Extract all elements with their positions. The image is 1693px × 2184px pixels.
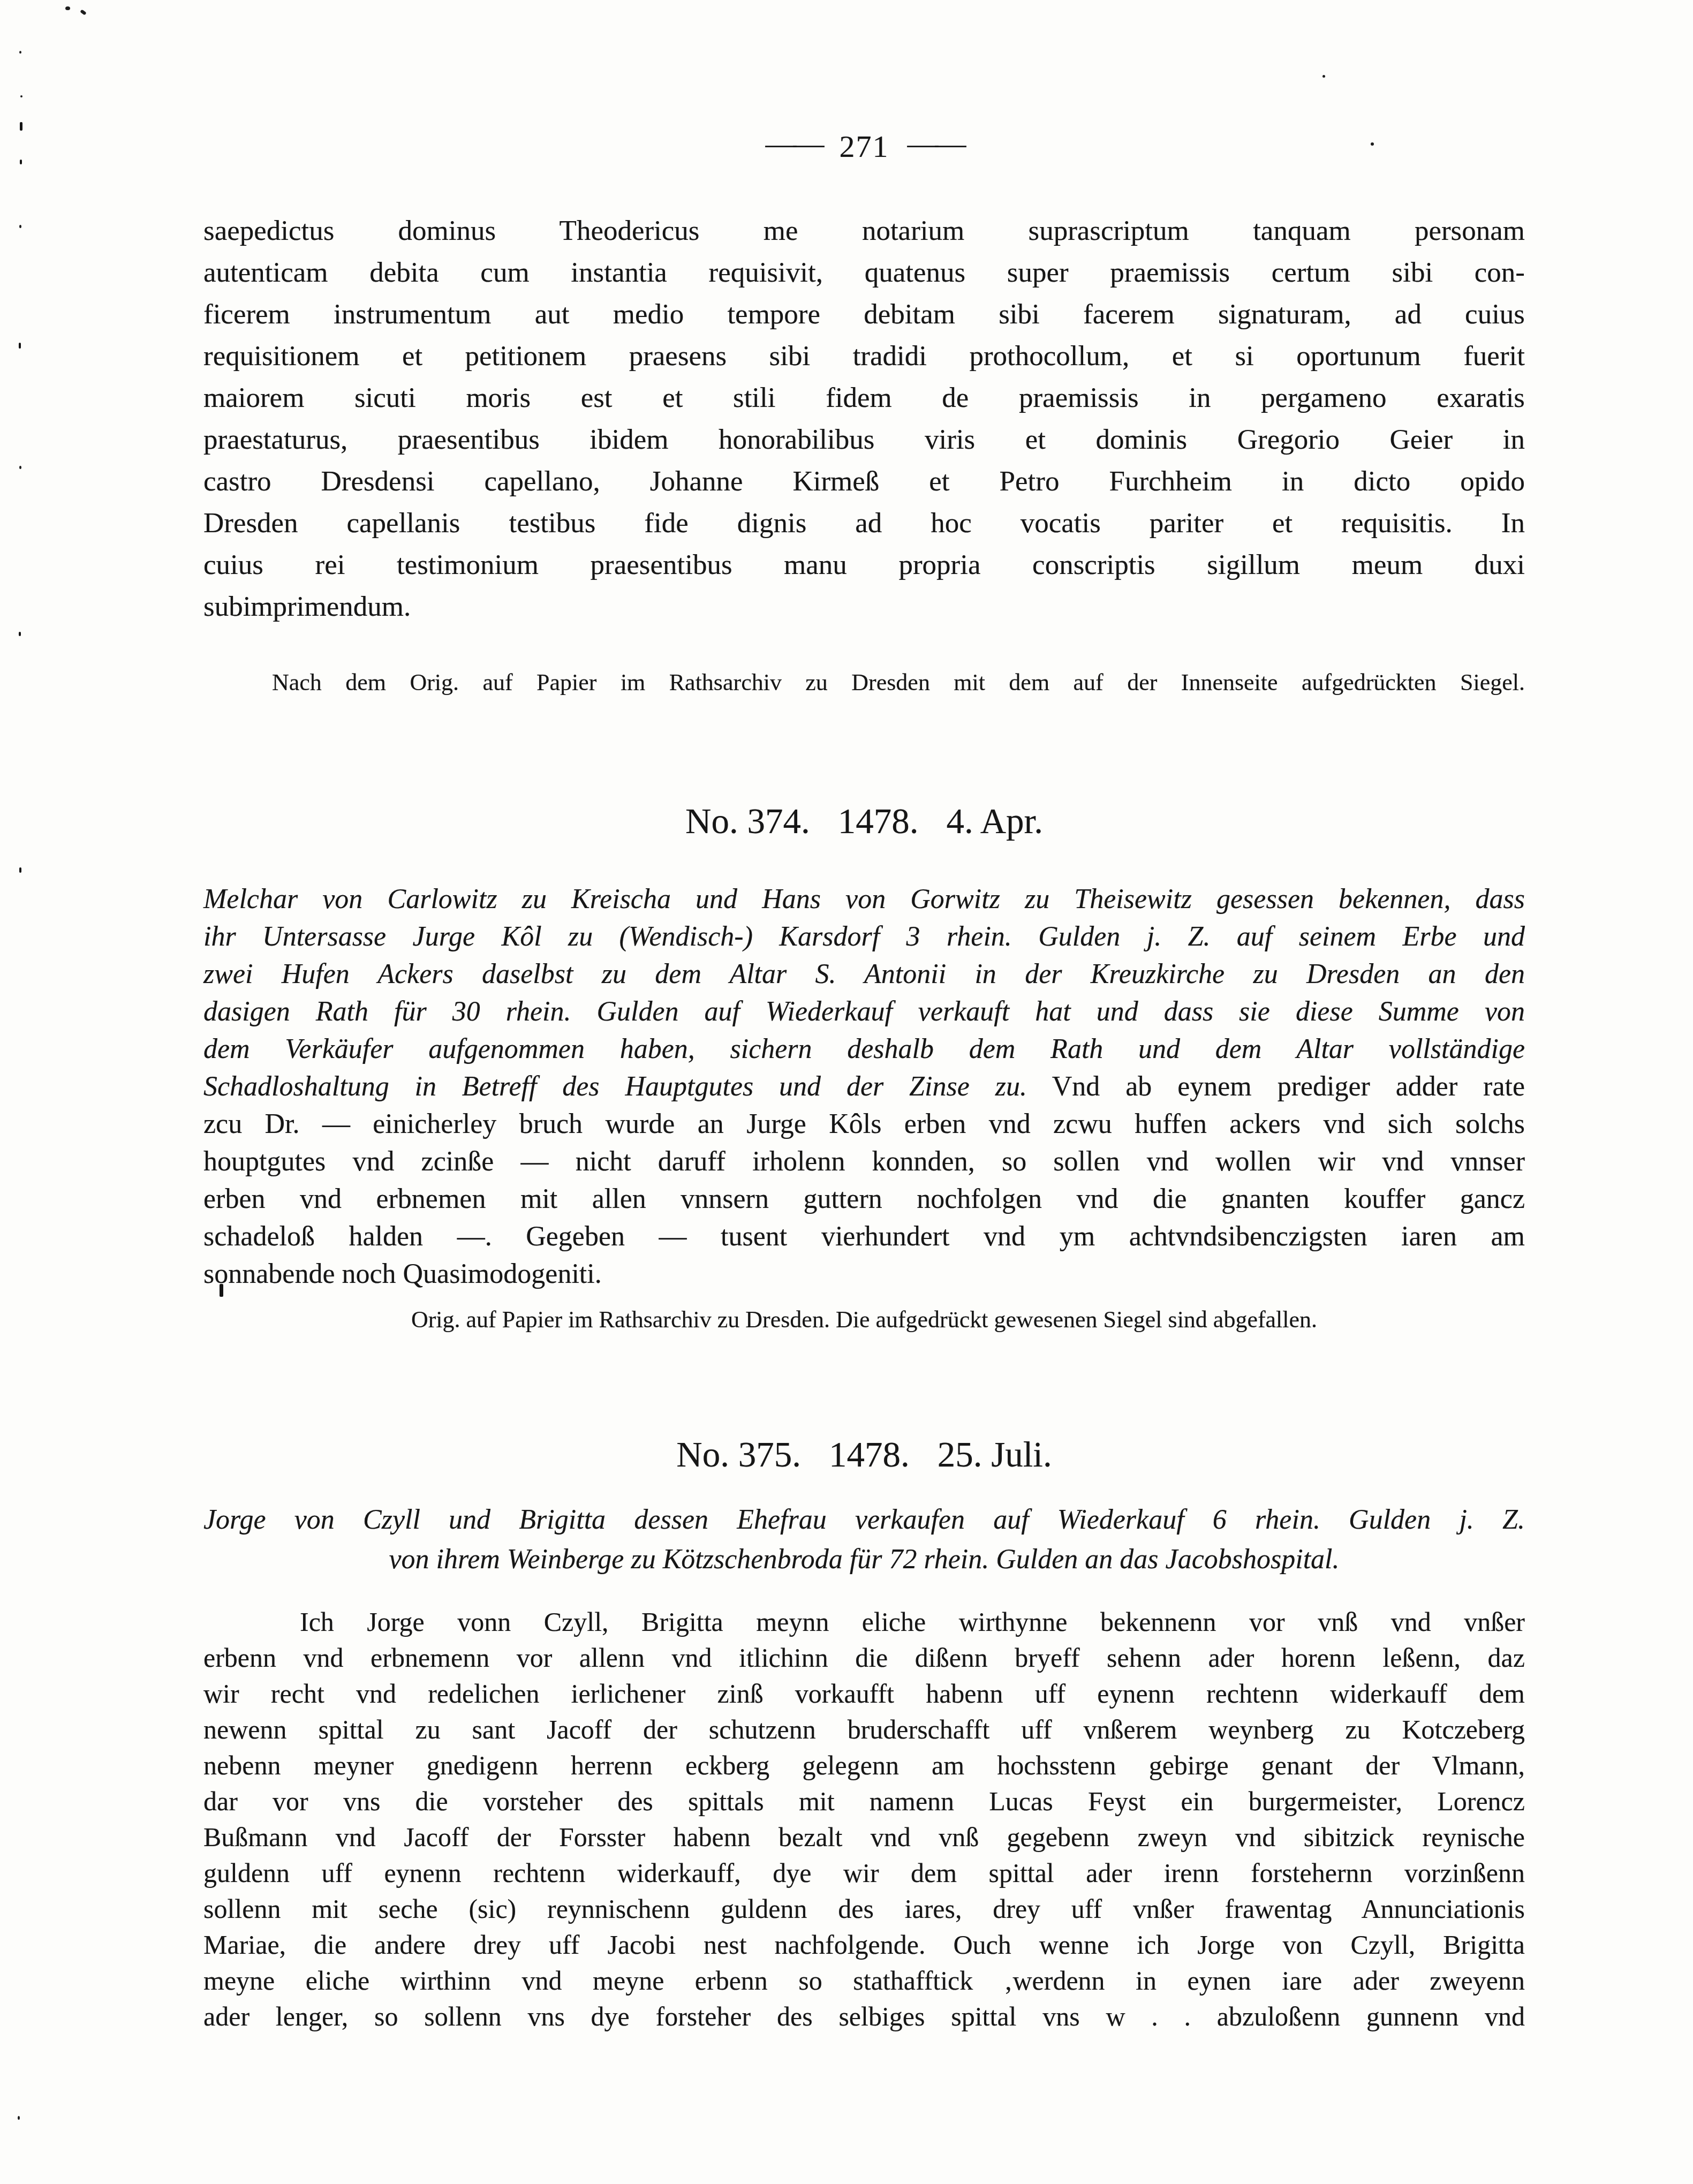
text-line: Nach dem Orig. auf Papier im Rathsarchiv… bbox=[203, 668, 1525, 698]
entry-374-heading: No. 374.1478.4. Apr. bbox=[203, 800, 1525, 842]
text-segment: nebenn meyner gnedigenn herrenn eckberg … bbox=[203, 1750, 1525, 1780]
text-line: ihr Untersasse Jurge Kôl zu (Wendisch-) … bbox=[203, 918, 1525, 956]
text-line: Bußmann vnd Jacoff der Forsster habenn b… bbox=[203, 1819, 1525, 1855]
text-segment: ihr Untersasse Jurge Kôl zu (Wendisch-) … bbox=[203, 921, 1525, 952]
text-line: Schadloshaltung in Betreff des Hauptgute… bbox=[203, 1068, 1525, 1106]
text-line: von ihrem Weinberge zu Kötzschenbroda fü… bbox=[203, 1540, 1525, 1580]
text-segment: ficerem instrumentum aut medio tempore d… bbox=[203, 299, 1525, 330]
text-segment: Vnd ab eynem prediger adder rate bbox=[1027, 1071, 1525, 1102]
text-segment: Melchar von Carlowitz zu Kreischa und Ha… bbox=[203, 884, 1525, 915]
source-note-previous-entry: Nach dem Orig. auf Papier im Rathsarchiv… bbox=[203, 668, 1525, 698]
text-segment: saepedictus dominus Theodericus me notar… bbox=[203, 215, 1525, 246]
entry-375-year: 1478. bbox=[829, 1435, 910, 1475]
scan-speck bbox=[20, 160, 22, 164]
text-line: zwei Hufen Ackers daselbst zu dem Altar … bbox=[203, 956, 1525, 993]
text-line: Ich Jorge vonn Czyll, Brigitta meynn eli… bbox=[203, 1604, 1525, 1640]
text-line: erbenn vnd erbnemenn vor allenn vnd itli… bbox=[203, 1640, 1525, 1676]
scan-speck bbox=[1371, 142, 1374, 146]
text-line: requisitionem et petitionem praesens sib… bbox=[203, 335, 1525, 377]
entry-374-year: 1478. bbox=[838, 802, 919, 841]
entry-374-number: No. 374. bbox=[685, 802, 810, 841]
text-segment: zwei Hufen Ackers daselbst zu dem Altar … bbox=[203, 959, 1525, 989]
text-segment: Orig. auf Papier im Rathsarchiv zu Dresd… bbox=[411, 1306, 1317, 1333]
text-line: schadeloß halden —. Gegeben — tusent vie… bbox=[203, 1218, 1525, 1256]
stray-type-mark bbox=[220, 1284, 223, 1297]
text-segment: subimprimendum. bbox=[203, 591, 411, 622]
text-segment: Jorge von Czyll und Brigitta dessen Ehef… bbox=[203, 1505, 1525, 1535]
text-segment: guldenn uff eynenn rechtenn widerkauff, … bbox=[203, 1858, 1525, 1888]
text-segment: Dresden capellanis testibus fide dignis … bbox=[203, 508, 1525, 539]
text-segment: castro Dresdensi capellano, Johanne Kirm… bbox=[203, 466, 1525, 497]
entry-375-heading: No. 375.1478.25. Juli. bbox=[203, 1434, 1525, 1476]
page-number: ——271—— bbox=[203, 129, 1525, 164]
text-line: nebenn meyner gnedigenn herrenn eckberg … bbox=[203, 1748, 1525, 1784]
text-segment: cuius rei testimonium praesentibus manu … bbox=[203, 549, 1525, 580]
scanned-book-page: ——271—— saepedictus dominus Theodericus … bbox=[0, 0, 1693, 2184]
text-segment: erben vnd erbnemen mit allen vnnsern gut… bbox=[203, 1184, 1525, 1214]
text-segment: newenn spittal zu sant Jacoff der schutz… bbox=[203, 1714, 1525, 1744]
text-line: meyne eliche wirthinn vnd meyne erbenn s… bbox=[203, 1963, 1525, 1999]
text-line: praestaturus, praesentibus ibidem honora… bbox=[203, 419, 1525, 460]
entry-374-source-note: Orig. auf Papier im Rathsarchiv zu Dresd… bbox=[203, 1305, 1525, 1335]
text-line: erben vnd erbnemen mit allen vnnsern gut… bbox=[203, 1181, 1525, 1218]
text-segment: autenticam debita cum instantia requisiv… bbox=[203, 257, 1525, 288]
text-segment: erbenn vnd erbnemenn vor allenn vnd itli… bbox=[203, 1643, 1525, 1673]
text-line: sonnabende noch Quasimodogeniti. bbox=[203, 1256, 1525, 1293]
text-segment: sonnabende noch Quasimodogeniti. bbox=[203, 1259, 602, 1289]
scan-speck bbox=[19, 632, 21, 636]
page-number-value: 271 bbox=[840, 129, 889, 164]
text-segment: requisitionem et petitionem praesens sib… bbox=[203, 341, 1525, 372]
text-line: houptgutes vnd zcinße — nicht daruff irh… bbox=[203, 1143, 1525, 1181]
text-segment: dem Verkäufer aufgenommen haben, sichern… bbox=[203, 1034, 1525, 1064]
text-line: ficerem instrumentum aut medio tempore d… bbox=[203, 293, 1525, 335]
text-segment: schadeloß halden —. Gegeben — tusent vie… bbox=[203, 1221, 1525, 1252]
page-number-rule-right: —— bbox=[908, 126, 963, 161]
scan-speck bbox=[1322, 75, 1325, 78]
text-line: wir recht vnd redelichen ierlichener zin… bbox=[203, 1676, 1525, 1712]
text-line: subimprimendum. bbox=[203, 586, 1525, 628]
text-segment: Bußmann vnd Jacoff der Forsster habenn b… bbox=[203, 1822, 1525, 1852]
entry-374-paragraph: Melchar von Carlowitz zu Kreischa und Ha… bbox=[203, 881, 1525, 1293]
entry-374-date: 4. Apr. bbox=[946, 802, 1043, 841]
text-line: Orig. auf Papier im Rathsarchiv zu Dresd… bbox=[203, 1305, 1525, 1335]
text-segment: von ihrem Weinberge zu Kötzschenbroda fü… bbox=[389, 1544, 1339, 1575]
text-segment: Mariae, die andere drey uff Jacobi nest … bbox=[203, 1930, 1525, 1960]
text-line: autenticam debita cum instantia requisiv… bbox=[203, 252, 1525, 293]
text-segment: wir recht vnd redelichen ierlichener zin… bbox=[203, 1679, 1525, 1709]
scan-speck bbox=[19, 343, 21, 349]
scan-speck bbox=[19, 466, 21, 469]
entry-375-summary: Jorge von Czyll und Brigitta dessen Ehef… bbox=[203, 1500, 1525, 1580]
scan-speck bbox=[19, 867, 21, 873]
closing-paragraph-latin: saepedictus dominus Theodericus me notar… bbox=[203, 210, 1525, 628]
text-line: ader lenger, so sollenn vns dye forstehe… bbox=[203, 1999, 1525, 2035]
text-line: newenn spittal zu sant Jacoff der schutz… bbox=[203, 1712, 1525, 1748]
text-segment: praestaturus, praesentibus ibidem honora… bbox=[203, 424, 1525, 455]
scan-speck bbox=[65, 6, 70, 10]
text-line: dasigen Rath für 30 rhein. Gulden auf Wi… bbox=[203, 993, 1525, 1031]
text-line: saepedictus dominus Theodericus me notar… bbox=[203, 210, 1525, 252]
text-line: maiorem sicuti moris est et stili fidem … bbox=[203, 377, 1525, 419]
scan-speck bbox=[20, 122, 22, 131]
text-segment: ader lenger, so sollenn vns dye forstehe… bbox=[203, 2001, 1525, 2031]
text-segment: Ich Jorge vonn Czyll, Brigitta meynn eli… bbox=[300, 1607, 1525, 1637]
text-line: cuius rei testimonium praesentibus manu … bbox=[203, 544, 1525, 586]
text-line: Dresden capellanis testibus fide dignis … bbox=[203, 502, 1525, 544]
text-segment: sollenn mit seche (sic) reynnischenn gul… bbox=[203, 1894, 1525, 1924]
text-line: Mariae, die andere drey uff Jacobi nest … bbox=[203, 1927, 1525, 1963]
entry-375-date: 25. Juli. bbox=[938, 1435, 1052, 1475]
text-segment: dasigen Rath für 30 rhein. Gulden auf Wi… bbox=[203, 996, 1525, 1027]
text-segment: houptgutes vnd zcinße — nicht daruff irh… bbox=[203, 1146, 1525, 1177]
page-number-rule-left: —— bbox=[766, 126, 821, 161]
text-line: Melchar von Carlowitz zu Kreischa und Ha… bbox=[203, 881, 1525, 918]
text-segment: Nach dem Orig. auf Papier im Rathsarchiv… bbox=[272, 669, 1525, 696]
text-segment: meyne eliche wirthinn vnd meyne erbenn s… bbox=[203, 1966, 1525, 1996]
text-line: dem Verkäufer aufgenommen haben, sichern… bbox=[203, 1031, 1525, 1068]
text-segment: dar vor vns die vorsteher des spittals m… bbox=[203, 1786, 1525, 1816]
scan-speck bbox=[19, 51, 21, 54]
scan-speck bbox=[20, 95, 22, 97]
text-line: guldenn uff eynenn rechtenn widerkauff, … bbox=[203, 1855, 1525, 1891]
entry-375-number: No. 375. bbox=[676, 1435, 801, 1475]
text-line: zcu Dr. — einicherley bruch wurde an Jur… bbox=[203, 1106, 1525, 1143]
text-segment: maiorem sicuti moris est et stili fidem … bbox=[203, 382, 1525, 413]
text-segment: Schadloshaltung in Betreff des Hauptgute… bbox=[203, 1071, 1027, 1102]
text-segment: zcu Dr. — einicherley bruch wurde an Jur… bbox=[203, 1109, 1525, 1139]
text-line: sollenn mit seche (sic) reynnischenn gul… bbox=[203, 1891, 1525, 1927]
scan-speck bbox=[19, 225, 21, 228]
scan-speck bbox=[18, 2116, 20, 2120]
text-line: castro Dresdensi capellano, Johanne Kirm… bbox=[203, 460, 1525, 502]
text-line: Jorge von Czyll und Brigitta dessen Ehef… bbox=[203, 1500, 1525, 1540]
scan-speck bbox=[80, 9, 86, 15]
text-line: dar vor vns die vorsteher des spittals m… bbox=[203, 1784, 1525, 1819]
entry-375-paragraph: Ich Jorge vonn Czyll, Brigitta meynn eli… bbox=[203, 1604, 1525, 2035]
